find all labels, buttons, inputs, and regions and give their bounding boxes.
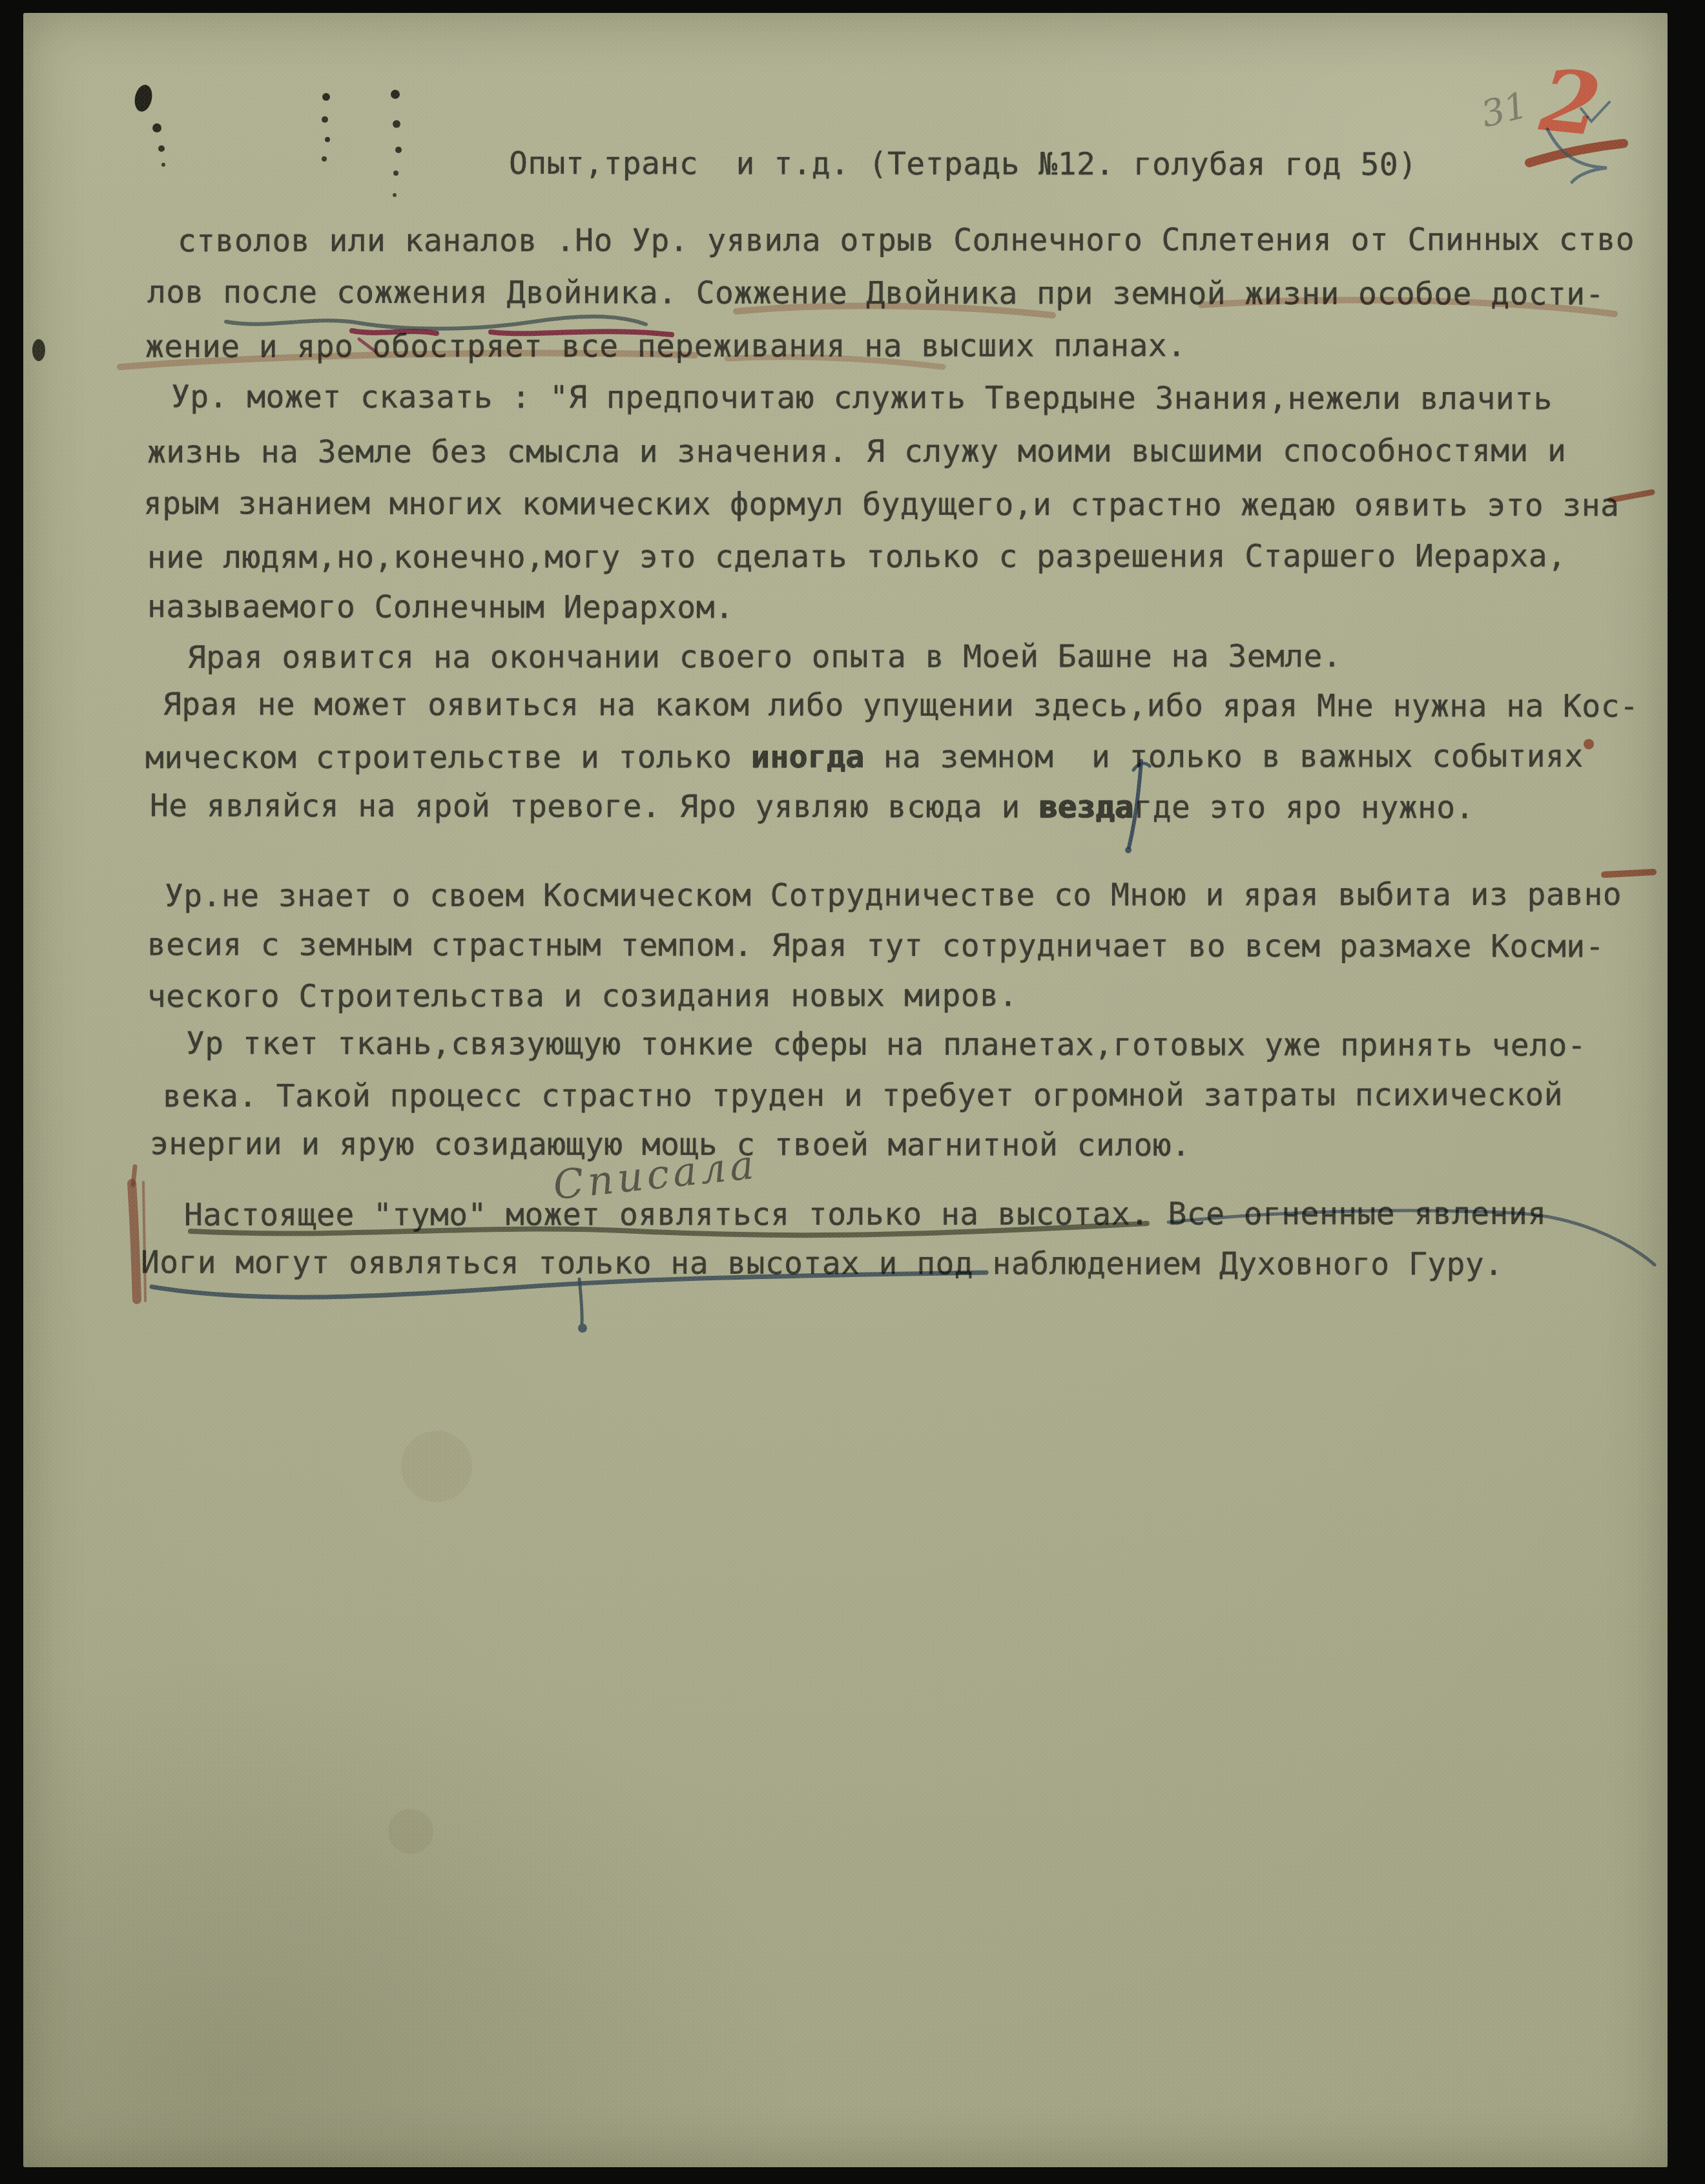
typed-segment: Не являйся на ярой тревоге. Яро уявляю в…	[150, 788, 1039, 826]
typed-line: Не являйся на ярой тревоге. Яро уявляю в…	[150, 791, 1474, 824]
ink-speck	[132, 83, 154, 113]
typed-line: Ур ткет ткань,связующую тонкие сферы на …	[186, 1028, 1586, 1061]
typed-line: мическом строительстве и только иногда н…	[145, 741, 1584, 773]
typed-line: стволов или каналов .Но Ур. уявила отрыв…	[178, 224, 1635, 256]
paper-stain	[388, 1809, 433, 1854]
red-page-number: 2	[1536, 50, 1606, 156]
scanned-document-page: { "document": { "title": "Опыт,транс и т…	[0, 0, 1705, 2184]
typed-line: называемого Солнечным Иерархом.	[147, 591, 734, 623]
typed-line: века. Такой процесс страстно труден и тр…	[163, 1079, 1563, 1112]
ink-speck	[322, 93, 330, 101]
page-title: Опыт,транс и т.д. (Тетрадь №12. голубая …	[509, 148, 1417, 180]
typed-segment: мическом строительстве и только	[145, 739, 751, 776]
ink-speck	[395, 147, 402, 153]
ink-speck	[393, 171, 398, 176]
typed-line: Ур.не знает о своем Космическом Сотрудни…	[165, 879, 1622, 911]
ink-speck	[158, 145, 165, 152]
typed-line: ние людям,но,конечно,могу это сделать то…	[147, 541, 1566, 573]
overtyped-word: везда	[1039, 789, 1134, 825]
red-margin-stroke	[132, 1183, 137, 1300]
edge-smudge	[32, 339, 45, 361]
ink-speck	[393, 193, 397, 197]
typed-line: ческого Строительства и созидания новых …	[147, 980, 1018, 1012]
ink-speck	[322, 116, 328, 123]
blue-ink-blot	[578, 1324, 587, 1333]
paper-stain	[401, 1431, 472, 1502]
ink-speck	[152, 123, 161, 132]
typed-line: ярым знанием многих комических формул бу…	[143, 488, 1619, 521]
typed-line: Настоящее "тумо" может оявляться только …	[184, 1198, 1547, 1231]
typed-line: Ярая не может оявиться на каком либо упу…	[163, 689, 1638, 722]
ink-speck	[322, 156, 327, 161]
slate-pencil-underline	[226, 317, 646, 329]
ink-speck	[161, 163, 165, 167]
red-margin-dot	[1584, 739, 1594, 749]
ink-speck	[393, 120, 400, 128]
typed-line: весия с земным страстным темпом. Ярая ту…	[147, 929, 1604, 962]
typed-segment: на земном и только в важных событиях	[864, 738, 1583, 775]
red-margin-stroke-thin	[143, 1182, 145, 1301]
typed-line: лов после сожжения Двойника. Сожжение Дв…	[147, 276, 1604, 309]
blue-ink-drip	[579, 1279, 582, 1323]
typed-line: Ур. может сказать : "Я предпочитаю служи…	[171, 382, 1553, 415]
typed-line: жизнь на Земле без смысла и значения. Я …	[147, 435, 1566, 468]
typed-segment: где это яро нужно.	[1133, 789, 1474, 826]
paper-sheet: Опыт,транс и т.д. (Тетрадь №12. голубая …	[23, 13, 1668, 2167]
red-margin-dash	[1604, 872, 1653, 875]
typed-line: Ярая оявится на окончании своего опыта в…	[187, 641, 1341, 673]
typed-line: Иоги могут оявляться только на высотах и…	[141, 1247, 1503, 1280]
ink-speck	[391, 90, 400, 99]
ink-speck	[325, 137, 330, 142]
blue-ink-blot	[1125, 847, 1131, 853]
pencil-page-number: 31	[1477, 84, 1532, 136]
red-margin-stroke-tip	[133, 1167, 135, 1185]
retyped-word: иногда	[751, 739, 865, 775]
typed-line: жение и яро обостряет все переживания на…	[145, 330, 1186, 362]
